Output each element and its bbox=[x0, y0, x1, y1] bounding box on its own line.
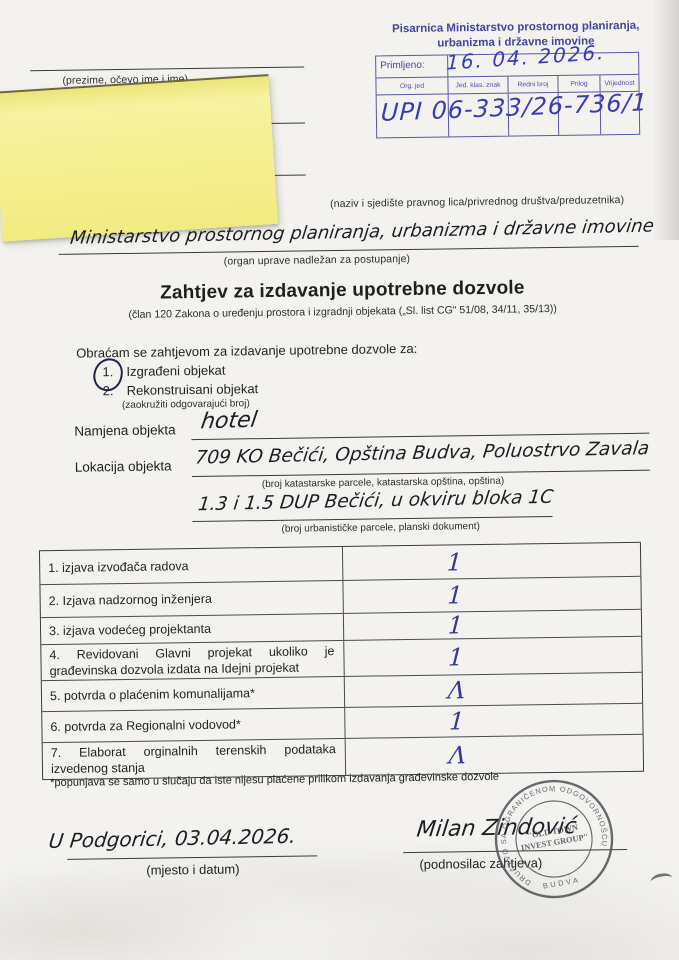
row-check-mark: 1 bbox=[343, 610, 641, 640]
row-label: 4. Revidovani Glavni projekat ukoliko je… bbox=[41, 641, 344, 680]
location-hint2: (broj urbanističke parcele, planski doku… bbox=[241, 520, 521, 535]
seal-city-text: BUDVA bbox=[542, 875, 581, 890]
row-label: 1. izjava izvođača radova bbox=[40, 547, 343, 584]
authority-hint: (organ uprave nadležan za postupanje) bbox=[177, 252, 457, 268]
place-date-label: (mjesto i datum) bbox=[100, 861, 285, 879]
option-2-label: Rekonstruisani objekat bbox=[127, 381, 259, 398]
row-label-text: 3. izjava vodećeg projektanta bbox=[49, 619, 334, 639]
paper-sheet: (prezime, očevo ime i ime) Pisarnica Min… bbox=[0, 0, 679, 960]
registry-col-redni-broj: Redni broj bbox=[508, 76, 558, 93]
location-value1-handwritten: 709 KO Bečići, Opština Budva, Poluostrvo… bbox=[194, 438, 650, 469]
location-value2-handwritten: 1.3 i 1.5 DUP Bečići, u okviru bloka 1C bbox=[197, 487, 554, 515]
place-date-handwritten: U Podgorici, 03.04.2026. bbox=[47, 824, 297, 853]
row-check-mark: 1 bbox=[343, 577, 642, 613]
row-label-text: 1. izjava izvođača radova bbox=[48, 556, 333, 576]
received-label: Primljeno: bbox=[376, 55, 448, 77]
documents-table: 1. izjava izvođača radova 1 2. Izjava na… bbox=[39, 542, 644, 780]
row-check-mark: Λ bbox=[344, 673, 643, 707]
paper-edge-shadow bbox=[653, 0, 679, 240]
row-label: 3. izjava vodećeg projektanta bbox=[41, 614, 344, 644]
row-check-mark: 1 bbox=[344, 637, 643, 676]
scan-artifact-mark bbox=[650, 872, 674, 889]
company-seal-stamp: DRUŠTVO SA OGRANIČENOM ODGOVORNOŠĆU "OLD… bbox=[481, 766, 627, 912]
option-2-number: 2. bbox=[103, 383, 114, 398]
scanned-document-page: (prezime, očevo ime i ime) Pisarnica Min… bbox=[0, 0, 679, 960]
row-label-text: 7. Elaborat orginalnih terenskih podatak… bbox=[51, 741, 336, 777]
purpose-label: Namjena objekta bbox=[74, 422, 176, 438]
place-date-line bbox=[67, 855, 317, 860]
form-legal-reference: (član 120 Zakona o uređenju prostora i i… bbox=[58, 302, 628, 322]
row-label-text: 2. Izjava nadzornog inženjera bbox=[49, 589, 334, 609]
request-intro: Obraćam se zahtjevom za izdavanje upotre… bbox=[76, 341, 417, 361]
option-1-label: Izgrađeni objekat bbox=[126, 363, 225, 379]
row-label-text: 4. Revidovani Glavni projekat ukoliko je… bbox=[49, 643, 334, 679]
location-label: Lokacija objekta bbox=[75, 458, 172, 474]
row-label-text: 6. potvrda za Regionalni vodovod* bbox=[50, 715, 335, 735]
company-name-hint: (naziv i sjedište pravnog lica/privredno… bbox=[301, 194, 653, 211]
row-check-mark: 1 bbox=[345, 704, 644, 738]
row-check-mark: 1 bbox=[342, 543, 641, 580]
form-title: Zahtjev za izdavanje upotrebne dozvole bbox=[57, 276, 627, 306]
registry-col-jed-klas: Jed. klas. znak bbox=[448, 77, 508, 94]
registry-office-label: Pisarnica bbox=[392, 23, 443, 36]
row-label: 6. potvrda za Regionalni vodovod* bbox=[42, 708, 345, 742]
row-label: 2. Izjava nadzornog inženjera bbox=[40, 581, 343, 617]
row-label: 5. potvrda o plaćenim komunalijama* bbox=[42, 677, 345, 711]
sticky-note bbox=[0, 74, 278, 241]
row-label-text: 5. potvrda o plaćenim komunalijama* bbox=[50, 684, 335, 704]
purpose-value-handwritten: hotel bbox=[199, 408, 258, 435]
applicant-name-line bbox=[30, 66, 304, 71]
registry-ministry-line1: Ministarstvo prostornog planiranja, bbox=[446, 20, 639, 35]
registry-col-org-jed: Org. jed bbox=[376, 77, 448, 94]
